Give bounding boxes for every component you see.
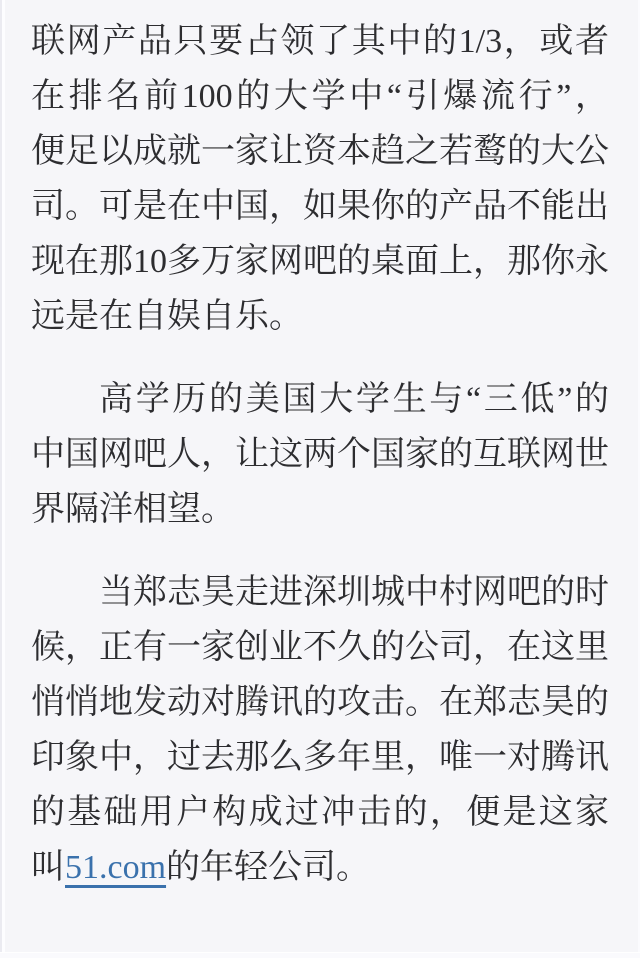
- paragraph: 当郑志昊走进深圳城中村网吧的时 候，正有一家创业不久的公司，在这里 悄悄地发动对…: [31, 565, 609, 895]
- paragraph: 联网产品只要占领了其中的1/3，或者 在排名前100的大学中“引爆流行”， 便足…: [31, 14, 609, 344]
- link-51com[interactable]: 51.com: [65, 849, 166, 886]
- text-line: 当郑志昊走进深圳城中村网吧的时: [31, 565, 609, 620]
- text-line: 悄悄地发动对腾讯的攻击。在郑志昊的: [31, 675, 609, 730]
- text-line: 候，正有一家创业不久的公司，在这里: [31, 620, 609, 675]
- text-line: 界隔洋相望。: [31, 482, 609, 537]
- text-line: 远是在自娱自乐。: [31, 289, 609, 344]
- text-line: 印象中，过去那么多年里，唯一对腾讯: [31, 730, 609, 785]
- text-line: 叫51.com的年轻公司。: [31, 840, 609, 895]
- page-edge-left-highlight: [2, 0, 5, 958]
- text-line: 现在那10多万家网吧的桌面上，那你永: [31, 234, 609, 289]
- text-line: 司。可是在中国，如果你的产品不能出: [31, 179, 609, 234]
- text-line: 联网产品只要占领了其中的1/3，或者: [31, 14, 609, 69]
- text-line: 便足以成就一家让资本趋之若鹜的大公: [31, 124, 609, 179]
- paragraph: 高学历的美国大学生与“三低”的 中国网吧人，让这两个国家的互联网世 界隔洋相望。: [31, 372, 609, 537]
- text-line: 在排名前100的大学中“引爆流行”，: [31, 69, 609, 124]
- reader-page: 联网产品只要占领了其中的1/3，或者 在排名前100的大学中“引爆流行”， 便足…: [0, 0, 640, 958]
- link-line-before: 叫: [31, 849, 65, 886]
- link-line-after: 的年轻公司。: [166, 849, 370, 886]
- text-line: 高学历的美国大学生与“三低”的: [31, 372, 609, 427]
- page-edge-bottom: [0, 952, 640, 958]
- text-line: 中国网吧人，让这两个国家的互联网世: [31, 427, 609, 482]
- text-line: 的基础用户构成过冲击的，便是这家: [31, 785, 609, 840]
